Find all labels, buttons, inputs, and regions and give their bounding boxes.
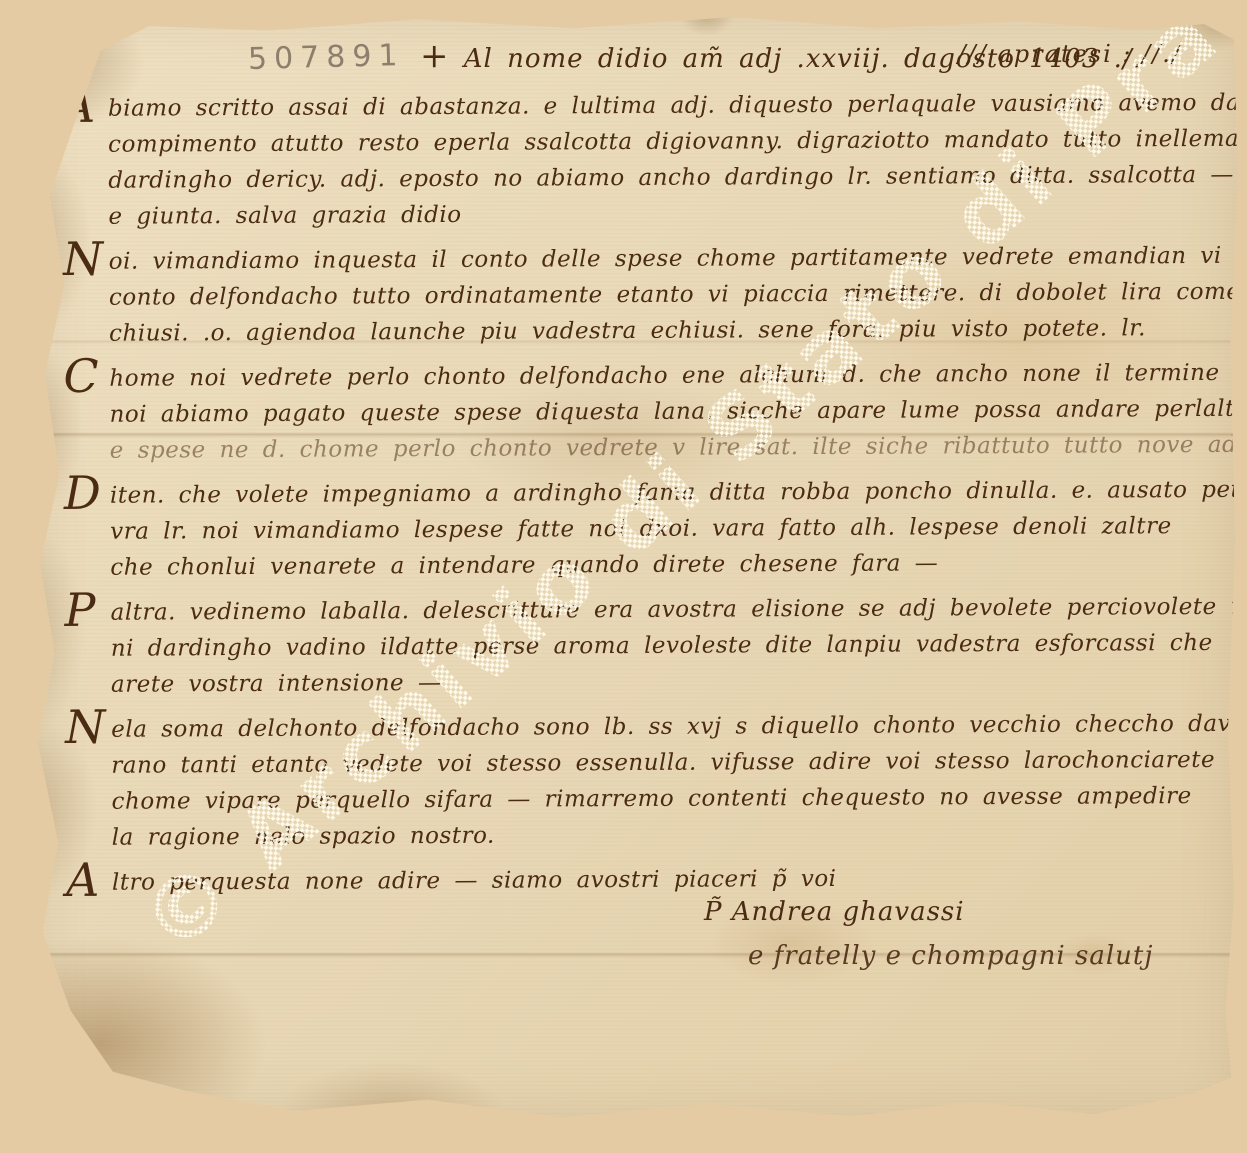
paragraph-lines: altra. vedinemo laballa. delescritture e… bbox=[111, 589, 1194, 703]
archive-inventory-number: 507891 bbox=[248, 38, 405, 77]
initial-letter: N bbox=[65, 704, 105, 750]
manuscript-line: conto delfondacho tutto ordinatamente et… bbox=[109, 274, 1191, 316]
manuscript-line: home noi vedrete perlo chonto delfondach… bbox=[109, 355, 1191, 397]
initial-letter: A bbox=[62, 83, 95, 129]
signature-line: e fratelly e chompagni salutj bbox=[748, 934, 1153, 978]
manuscript-line: ela soma delchonto delfondacho sono lb. … bbox=[111, 706, 1193, 748]
manuscript-line: altra. vedinemo laballa. delescritture e… bbox=[111, 589, 1193, 631]
manuscript-page: 507891 + Al nome didio am̃ adj .xxviij. … bbox=[28, 6, 1240, 1122]
initial-letter: N bbox=[63, 236, 103, 282]
initial-letter: D bbox=[64, 470, 101, 516]
signature-line: P̃ Andrea ghavassi bbox=[704, 890, 1153, 934]
manuscript-line: chiusi. .o. agiendoa launche piu vadestr… bbox=[109, 310, 1191, 352]
scan-background: 507891 + Al nome didio am̃ adj .xxviij. … bbox=[0, 0, 1247, 1153]
initial-letter: C bbox=[63, 353, 98, 399]
signature-block: P̃ Andrea ghavassi e fratelly e chompagn… bbox=[704, 890, 1153, 978]
initial-letter: A bbox=[66, 857, 99, 903]
manuscript-line: ni dardingho vadino ildatte perse aroma … bbox=[111, 625, 1193, 667]
manuscript-line: arete vostra intensione — bbox=[111, 661, 1193, 703]
initial-letter: P bbox=[64, 587, 95, 633]
paragraph: P altra. vedinemo laballa. delescritture… bbox=[67, 589, 1194, 703]
